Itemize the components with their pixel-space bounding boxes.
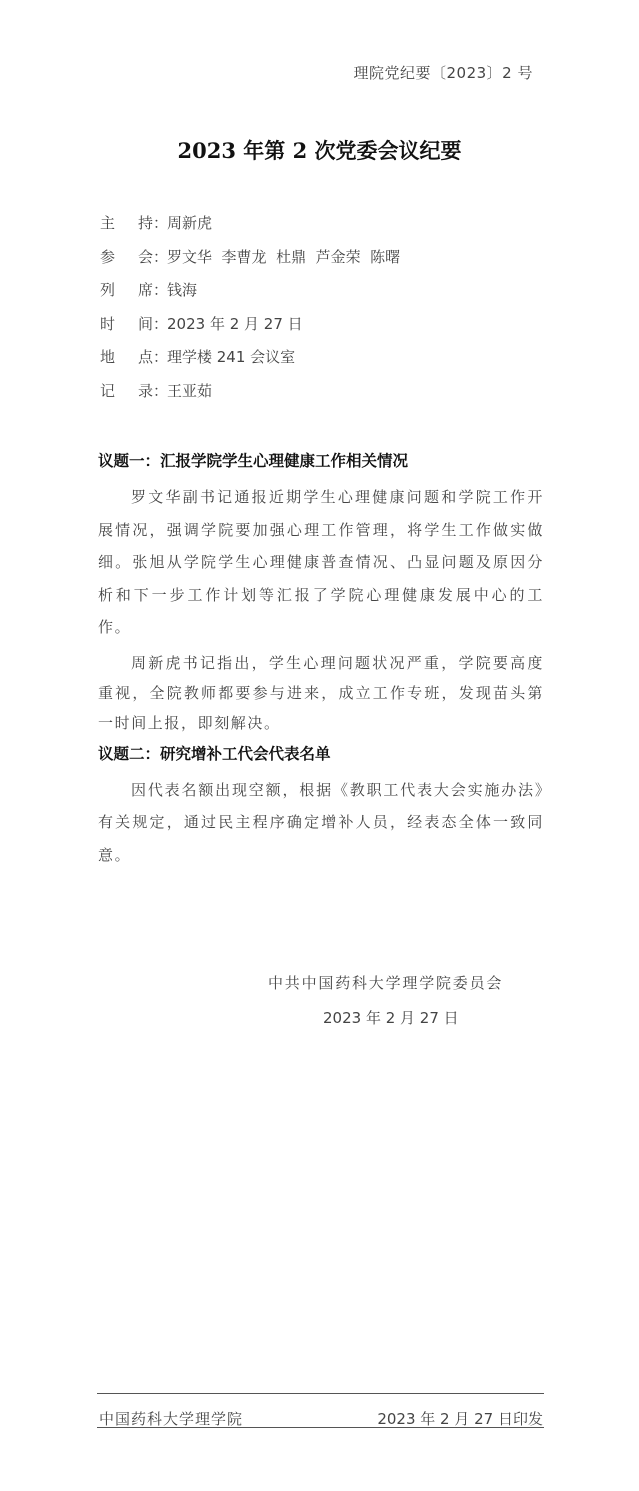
meta-row-time: 时间：2023 年 2 月 27 日 [100,313,400,347]
meta-label: 记录 [100,380,153,401]
topic-heading-1: 议题一：汇报学院学生心理健康工作相关情况 [98,449,544,481]
meta-label: 地点 [100,346,153,367]
topic-1-paragraph-1: 罗文华副书记通报近期学生心理健康问题和学院工作开展情况，强调学院要加强心理工作管… [98,481,544,644]
meta-row-attendees: 参会：罗文华 李曹龙 杜鼎 芦金荣 陈曙 [100,246,400,280]
footer-divider-top [97,1393,544,1394]
meta-row-recorder: 记录：王亚茹 [100,380,400,414]
meta-row-observers: 列席：钱海 [100,279,400,313]
minutes-body: 议题一：汇报学院学生心理健康工作相关情况 罗文华副书记通报近期学生心理健康问题和… [98,449,544,871]
page-title: 2023 年第 2 次党委会议纪要 [0,135,639,165]
meta-value-time: 2023 年 2 月 27 日 [167,313,303,334]
meta-value-observers: 钱海 [167,279,197,300]
topic-2-paragraph-1: 因代表名额出现空额，根据《教职工代表大会实施办法》有关规定，通过民主程序确定增补… [98,774,544,872]
document-number: 理院党纪要〔2023〕2 号 [354,62,534,83]
signature-date: 2023 年 2 月 27 日 [323,1007,459,1028]
meta-row-location: 地点：理学楼 241 会议室 [100,346,400,380]
meta-label: 列席 [100,279,153,300]
meta-row-host: 主持：周新虎 [100,212,400,246]
footer-issuer: 中国药科大学理学院 [99,1408,243,1429]
meta-value-location: 理学楼 241 会议室 [167,346,295,367]
meta-value-recorder: 王亚茹 [167,380,212,401]
meta-value-host: 周新虎 [167,212,212,233]
meta-label: 主持 [100,212,153,233]
meta-value-attendees: 罗文华 李曹龙 杜鼎 芦金荣 陈曙 [167,246,400,267]
meeting-info: 主持：周新虎 参会：罗文华 李曹龙 杜鼎 芦金荣 陈曙 列席：钱海 时间：202… [100,212,400,413]
topic-heading-2: 议题二：研究增补工代会代表名单 [98,742,544,774]
meta-label: 时间 [100,313,153,334]
signature-organization: 中共中国药科大学理学院委员会 [268,972,503,993]
footer-issued-date: 2023 年 2 月 27 日印发 [377,1408,543,1429]
footer-divider-bottom [97,1427,544,1428]
topic-1-paragraph-2: 周新虎书记指出，学生心理问题状况严重，学院要高度重视，全院教师都要参与进来，成立… [98,648,544,738]
meta-label: 参会 [100,246,153,267]
